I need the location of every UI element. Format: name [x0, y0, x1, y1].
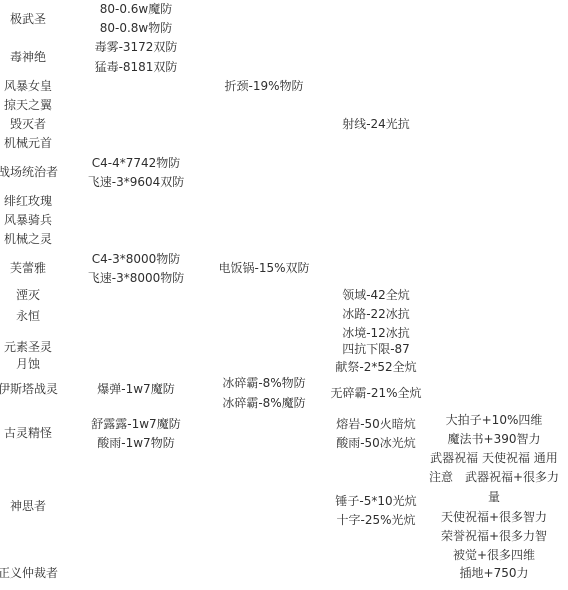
boss-name-text: 古灵精怪: [4, 424, 52, 443]
stat-cell: 射线-24光抗: [312, 115, 440, 134]
stat-cell-text: 无碎霸-21%全炕: [330, 384, 421, 403]
boss-name: 芙蕾雅: [0, 250, 56, 288]
boss-name: 毁灭者: [0, 115, 56, 134]
stat-cell: C4-3*8000物防飞速-3*8000物防: [56, 250, 216, 288]
boss-name-text: 机械元首: [4, 134, 52, 153]
stat-cell: C4-4*7742物防飞速-3*9604双防: [56, 154, 216, 192]
boss-name-text: 风暴骑兵: [4, 211, 52, 230]
boss-name: 正义仲裁者: [0, 564, 56, 583]
stat-cell-text: 毒雾-3172双防: [95, 38, 178, 57]
stat-cell-text: 天使祝福+很多智力: [441, 508, 547, 527]
boss-name-text: 伊斯塔战灵: [0, 380, 58, 399]
stat-cell-text: 荣誉祝福+很多力智: [441, 527, 547, 546]
boss-name-text: 绯红玫瑰: [4, 192, 52, 211]
boss-name-text: 风暴女皇: [4, 77, 52, 96]
boss-name: 机械元首: [0, 134, 56, 153]
boss-name: 风暴骑兵: [0, 211, 56, 230]
boss-name-text: 机械之灵: [4, 230, 52, 249]
stat-cell: 四抗下限-87: [312, 340, 440, 359]
boss-name-text: 月蚀: [16, 355, 40, 374]
stat-cell-text: 插地+750力: [460, 564, 529, 583]
boss-name-text: 毁灭者: [10, 115, 46, 134]
stat-cell-text: 80-0.6w魔防: [100, 0, 173, 19]
boss-name: 极武圣: [0, 0, 56, 38]
stat-cell: 大拍子+10%四维魔法书+390智力武器祝福 天使祝福 通用注意 武器祝福+很多…: [420, 411, 568, 507]
stat-cell-text: 酸雨-50冰光炕: [336, 434, 416, 453]
boss-name: 毒神绝: [0, 38, 56, 76]
boss-name-text: 战场统治者: [0, 163, 58, 182]
stat-cell: 舒露露-1w7魔防酸雨-1w7物防: [56, 415, 216, 453]
boss-name: 绯红玫瑰: [0, 192, 56, 211]
boss-name-text: 毒神绝: [10, 48, 46, 67]
stat-cell: 80-0.6w魔防80-0.8w物防: [56, 0, 216, 38]
stat-cell-text: 飞速-3*8000物防: [88, 269, 185, 288]
stat-cell-text: 80-0.8w物防: [100, 19, 173, 38]
stat-cell: 天使祝福+很多智力荣誉祝福+很多力智被觉+很多四维: [420, 508, 568, 566]
boss-name-text: 芙蕾雅: [10, 259, 46, 278]
stat-cell: 献祭-2*52全炕: [312, 358, 440, 377]
stat-cell: 领域-42全炕: [312, 286, 440, 305]
stat-cell: 插地+750力: [420, 564, 568, 583]
stat-cell-text: 大拍子+10%四维: [446, 411, 543, 430]
boss-name-text: 永恒: [16, 307, 40, 326]
stat-cell-text: 冰路-22冰抗: [342, 305, 410, 324]
stat-cell-text: 冰碎霸-8%魔防: [222, 394, 305, 413]
stat-cell: 毒雾-3172双防猛毒-8181双防: [56, 38, 216, 76]
stat-cell-text: 电饭锅-15%双防: [218, 259, 309, 278]
stat-cell-text: 锤子-5*10光炕: [335, 492, 416, 511]
boss-name-text: 掠天之翼: [4, 96, 52, 115]
stat-cell-text: 被觉+很多四维: [453, 546, 535, 565]
boss-name: 古灵精怪: [0, 424, 56, 443]
stat-cell: 爆弹-1w7魔防: [56, 380, 216, 399]
boss-name: 月蚀: [0, 355, 56, 374]
boss-name: 永恒: [0, 307, 56, 326]
stat-cell-text: C4-3*8000物防: [92, 250, 181, 269]
stat-cell-text: 十字-25%光炕: [336, 511, 415, 530]
stat-cell-text: 冰碎霸-8%物防: [222, 374, 305, 393]
stat-cell-text: 熔岩-50火暗炕: [336, 415, 416, 434]
stat-cell-text: 折颈-19%物防: [224, 77, 303, 96]
stat-cell-text: 酸雨-1w7物防: [97, 434, 174, 453]
boss-name-text: 正义仲裁者: [0, 564, 58, 583]
boss-name-text: 极武圣: [10, 10, 46, 29]
boss-name: 神思者: [0, 497, 56, 516]
boss-name: 伊斯塔战灵: [0, 380, 56, 399]
boss-name: 战场统治者: [0, 154, 56, 192]
stat-cell: 冰路-22冰抗冰境-12冰抗: [312, 305, 440, 343]
stat-cell-text: 爆弹-1w7魔防: [97, 380, 174, 399]
stat-cell-text: 献祭-2*52全炕: [335, 358, 416, 377]
boss-name-text: 神思者: [10, 497, 46, 516]
stat-cell-text: C4-4*7742物防: [92, 154, 181, 173]
stat-cell-text: 四抗下限-87: [342, 340, 410, 359]
stat-cell-text: 量: [488, 488, 500, 507]
stat-cell: 冰碎霸-8%物防冰碎霸-8%魔防: [212, 374, 316, 412]
stat-cell: 电饭锅-15%双防: [212, 259, 316, 278]
boss-name: 掠天之翼: [0, 96, 56, 115]
stat-cell: 无碎霸-21%全炕: [312, 384, 440, 403]
boss-name-text: 湮灭: [16, 286, 40, 305]
stat-cell-text: 注意 武器祝福+很多力: [429, 468, 559, 487]
stat-cell-text: 武器祝福 天使祝福 通用: [430, 449, 558, 468]
spreadsheet-table: 极武圣80-0.6w魔防80-0.8w物防毒神绝毒雾-3172双防猛毒-8181…: [0, 0, 568, 590]
boss-name: 湮灭: [0, 286, 56, 305]
stat-cell-text: 舒露露-1w7魔防: [91, 415, 180, 434]
stat-cell-text: 飞速-3*9604双防: [88, 173, 185, 192]
stat-cell-text: 猛毒-8181双防: [95, 58, 178, 77]
stat-cell-text: 领域-42全炕: [342, 286, 410, 305]
stat-cell-text: 射线-24光抗: [342, 115, 410, 134]
boss-name: 机械之灵: [0, 230, 56, 249]
boss-name: 风暴女皇: [0, 77, 56, 96]
stat-cell: 折颈-19%物防: [212, 77, 316, 96]
stat-cell-text: 魔法书+390智力: [448, 430, 541, 449]
